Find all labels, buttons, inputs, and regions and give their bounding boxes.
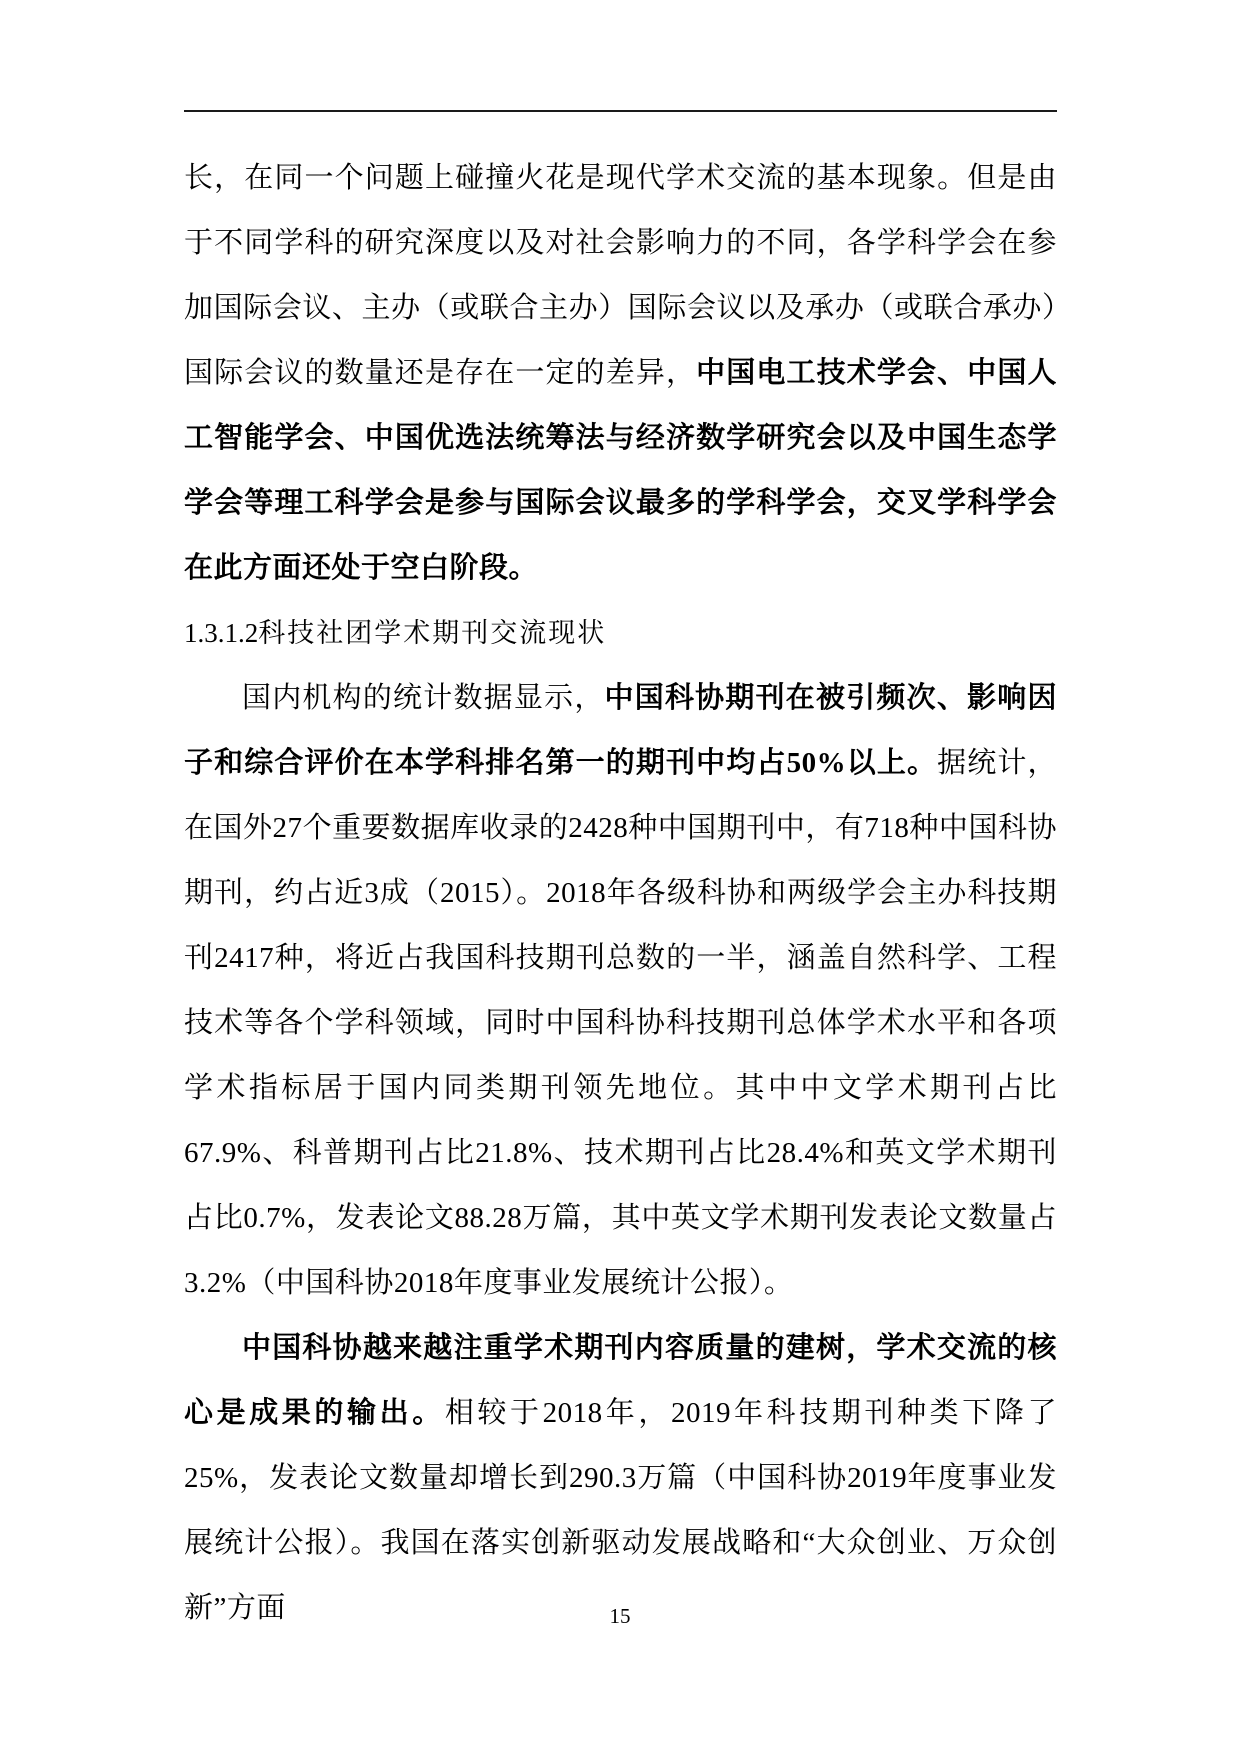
document-page: 长，在同一个问题上碰撞火花是现代学术交流的基本现象。但是由于不同学科的研究深度以… (0, 0, 1240, 1753)
section-heading-number: 1.3.1.2 (184, 618, 258, 648)
text-run: 国内机构的统计数据显示， (242, 682, 605, 714)
section-heading-title: 科技社团学术期刊交流现状 (258, 618, 606, 648)
paragraph-journal-quality: 中国科协越来越注重学术期刊内容质量的建树，学术交流的核心是成果的输出。相较于20… (184, 1316, 1057, 1641)
document-body: 长，在同一个问题上碰撞火花是现代学术交流的基本现象。但是由于不同学科的研究深度以… (184, 146, 1057, 1641)
text-run-bold: 中国电工技术学会、中国人工智能学会、中国优选法统筹法与经济数学研究会以及中国生态… (184, 357, 1057, 584)
text-run: 据统计，在国外27个重要数据库收录的2428种中国期刊中，有718种中国科协期刊… (184, 747, 1057, 1299)
page-number: 15 (0, 1596, 1240, 1636)
paragraph-journal-statistics: 国内机构的统计数据显示，中国科协期刊在被引频次、影响因子和综合评价在本学科排名第… (184, 666, 1057, 1316)
header-rule (184, 110, 1057, 112)
text-run: 相较于2018年，2019年科技期刊种类下降了25%，发表论文数量却增长到290… (184, 1397, 1057, 1624)
paragraph-international-conferences: 长，在同一个问题上碰撞火花是现代学术交流的基本现象。但是由于不同学科的研究深度以… (184, 146, 1057, 601)
section-heading: 1.3.1.2科技社团学术期刊交流现状 (184, 601, 1057, 666)
text-run: 长，在同一个问题上碰撞火花是现代学术交流的基本现象。但是由于不同学科的研究深度以… (184, 162, 1057, 389)
